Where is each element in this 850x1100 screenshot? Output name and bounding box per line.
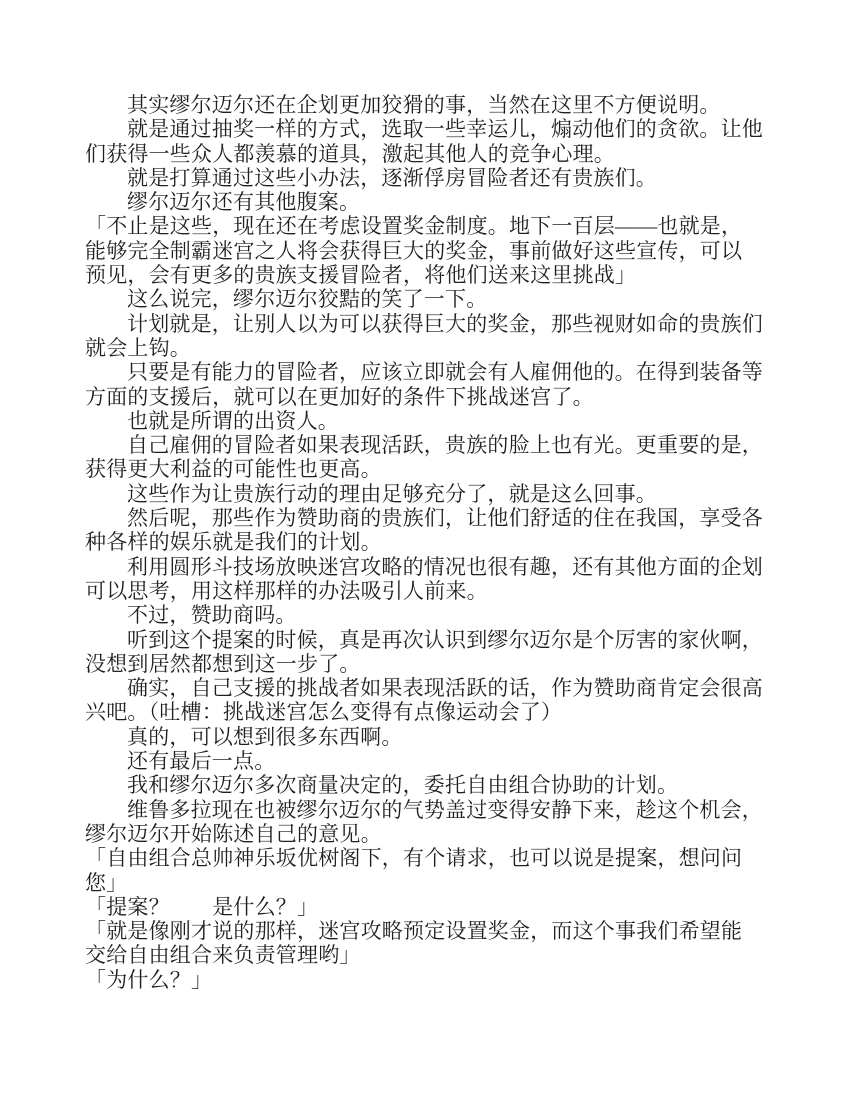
text-line: 「自由组合总帅神乐坂优树阁下，有个请求，也可以说是提案，想问问 xyxy=(85,846,775,870)
text-line: 不过，赞助商吗。 xyxy=(85,603,775,627)
text-line: 我和缪尔迈尔多次商量决定的，委托自由组合协助的计划。 xyxy=(85,773,775,797)
text-line: 「就是像刚才说的那样，迷宫攻略预定设置奖金，而这个事我们希望能 xyxy=(85,919,775,943)
text-line: 兴吧。（吐槽：挑战迷宫怎么变得有点像运动会了） xyxy=(85,700,775,724)
text-line: 自己雇佣的冒险者如果表现活跃，贵族的脸上也有光。更重要的是， xyxy=(85,433,775,457)
text-line: 获得更大利益的可能性也更高。 xyxy=(85,457,775,481)
text-line: 「提案？ 是什么？」 xyxy=(85,895,775,919)
text-line: 确实，自己支援的挑战者如果表现活跃的话，作为赞助商肯定会很高 xyxy=(85,676,775,700)
text-line: 「为什么？」 xyxy=(85,968,775,992)
text-line: 「不止是这些，现在还在考虑设置奖金制度。地下一百层——也就是， xyxy=(85,214,775,238)
text-line: 听到这个提案的时候，真是再次认识到缪尔迈尔是个厉害的家伙啊， xyxy=(85,628,775,652)
text-line: 们获得一些众人都羡慕的道具，激起其他人的竞争心理。 xyxy=(85,142,775,166)
text-line: 预见，会有更多的贵族支援冒险者，将他们送来这里挑战」 xyxy=(85,263,775,287)
text-line: 也就是所谓的出资人。 xyxy=(85,409,775,433)
text-line: 计划就是，让别人以为可以获得巨大的奖金，那些视财如命的贵族们 xyxy=(85,312,775,336)
text-line: 能够完全制霸迷宫之人将会获得巨大的奖金，事前做好这些宣传，可以 xyxy=(85,239,775,263)
text-line: 维鲁多拉现在也被缪尔迈尔的气势盖过变得安静下来，趁这个机会， xyxy=(85,798,775,822)
text-line: 这么说完，缪尔迈尔狡黠的笑了一下。 xyxy=(85,287,775,311)
document-page: 其实缪尔迈尔还在企划更加狡猾的事，当然在这里不方便说明。就是通过抽奖一样的方式，… xyxy=(0,0,850,1100)
text-line: 交给自由组合来负责管理哟」 xyxy=(85,943,775,967)
text-line: 可以思考，用这样那样的办法吸引人前来。 xyxy=(85,579,775,603)
text-line: 然后呢，那些作为赞助商的贵族们，让他们舒适的住在我国，享受各 xyxy=(85,506,775,530)
text-line: 真的，可以想到很多东西啊。 xyxy=(85,725,775,749)
text-line: 只要是有能力的冒险者，应该立即就会有人雇佣他的。在得到装备等 xyxy=(85,360,775,384)
text-line: 缪尔迈尔还有其他腹案。 xyxy=(85,190,775,214)
text-line: 没想到居然都想到这一步了。 xyxy=(85,652,775,676)
text-line: 您」 xyxy=(85,871,775,895)
text-block: 其实缪尔迈尔还在企划更加狡猾的事，当然在这里不方便说明。就是通过抽奖一样的方式，… xyxy=(85,93,775,992)
text-line: 缪尔迈尔开始陈述自己的意见。 xyxy=(85,822,775,846)
text-line: 就会上钩。 xyxy=(85,336,775,360)
text-line: 方面的支援后，就可以在更加好的条件下挑战迷宫了。 xyxy=(85,385,775,409)
text-line: 其实缪尔迈尔还在企划更加狡猾的事，当然在这里不方便说明。 xyxy=(85,93,775,117)
text-line: 还有最后一点。 xyxy=(85,749,775,773)
text-line: 就是打算通过这些小办法，逐渐俘房冒险者还有贵族们。 xyxy=(85,166,775,190)
text-line: 利用圆形斗技场放映迷宫攻略的情况也很有趣，还有其他方面的企划 xyxy=(85,555,775,579)
text-line: 种各样的娱乐就是我们的计划。 xyxy=(85,530,775,554)
text-line: 这些作为让贵族行动的理由足够充分了，就是这么回事。 xyxy=(85,482,775,506)
text-line: 就是通过抽奖一样的方式，选取一些幸运儿，煽动他们的贪欲。让他 xyxy=(85,117,775,141)
